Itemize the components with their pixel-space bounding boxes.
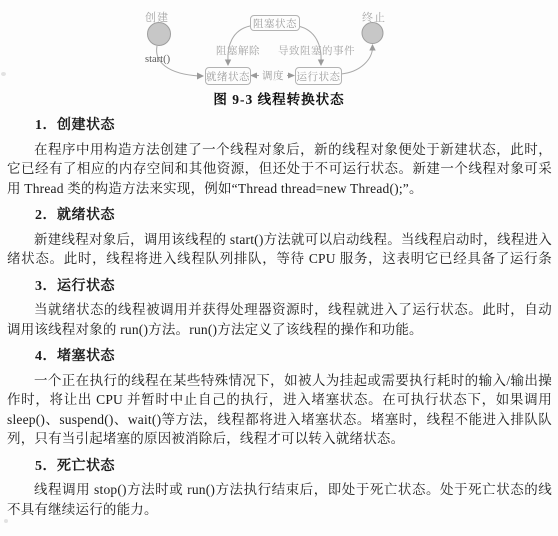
text-line: 作时，将让出 CPU 并暂时中止自己的执行，进入堵塞状态。在可执行状态下，如果调… [7,390,552,410]
section-heading: 1．创建状态 [7,116,552,136]
section-heading: 2．就绪状态 [7,206,552,226]
paragraph: 新建线程对象后，调用该线程的 start()方法就可以启动线程。当线程启动时，线… [7,230,552,269]
section-create-state: 1．创建状态 在程序中用构造方法创建了一个线程对象后，新的线程对象便处于新建状态… [7,116,552,198]
section-ready-state: 2．就绪状态 新建线程对象后，调用该线程的 start()方法就可以启动线程。当… [7,206,552,269]
page-body: 1．创建状态 在程序中用构造方法创建了一个线程对象后，新的线程对象便处于新建状态… [0,104,558,519]
paragraph: 在程序中用构造方法创建了一个线程对象后，新的线程对象便处于新建状态，此时， 它已… [7,140,552,199]
start-edge-arrowhead [197,73,204,80]
paragraph: 当就绪状态的线程被调用并获得处理器资源时，线程就进入了运行状态。此时，自动 调用… [7,300,552,339]
blocked-state-box: 阻塞状态 [250,15,300,31]
text-line: 一个正在执行的线程在某些特殊情况下，如被人为挂起或需要执行耗时的输入/输出操 [7,371,552,391]
running-state-box: 运行状态 [295,67,342,85]
figure-thread-state-diagram: 创建 终止 start() 阻塞状态 就绪状态 运行状态 调度 阻塞解除 导致阻… [0,0,558,104]
ready-state-box: 就绪状态 [205,67,251,85]
text-line: 用 Thread 类的构造方法来实现，例如“Thread thread=new … [7,179,552,199]
textbook-page: { "diagram": { "caption": "图 9-3 线程转换状态"… [0,0,558,536]
text-line: 不具有继续运行的能力。 [7,500,552,520]
block-event-edge-arrowhead [318,60,324,67]
start-edge-label: start() [145,54,170,65]
section-running-state: 3．运行状态 当就绪状态的线程被调用并获得处理器资源时，线程就进入了运行状态。此… [7,277,552,340]
unblock-edge-arrowhead [225,60,231,67]
create-node-circle [148,23,171,46]
section-heading: 5．死亡状态 [7,457,552,477]
text-line: 列，只有当引起堵塞的原因被消除后，线程才可以转入就绪状态。 [7,429,552,449]
scan-artifact [1,72,6,76]
section-dead-state: 5．死亡状态 线程调用 stop()方法时或 run()方法执行结束后，即处于死… [7,457,552,520]
section-blocked-state: 4．堵塞状态 一个正在执行的线程在某些特殊情况下，如被人为挂起或需要执行耗时的输… [7,347,552,449]
block-event-edge-label: 导致阻塞的事件 [278,43,355,58]
schedule-edge-label: 调度 [259,68,287,83]
text-line: 在程序中用构造方法创建了一个线程对象后，新的线程对象便处于新建状态，此时， [7,140,552,160]
create-node-label: 创建 [145,9,169,25]
schedule-right-arrowhead [288,73,295,79]
text-line: 当就绪状态的线程被调用并获得处理器资源时，线程就进入了运行状态。此时，自动 [7,300,552,320]
section-heading: 3．运行状态 [7,277,552,297]
text-line: 线程调用 stop()方法时或 run()方法执行结束后，即处于死亡状态。处于死… [7,480,552,500]
scan-artifact [4,519,8,523]
figure-caption: 图 9-3 线程转换状态 [0,88,558,108]
text-line: 绪状态。此时，线程将进入线程队列排队，等待 CPU 服务，这表明它已经具备了运行… [7,249,552,269]
text-line: 新建线程对象后，调用该线程的 start()方法就可以启动线程。当线程启动时，线… [7,230,552,250]
terminate-node-circle [362,23,383,44]
text-line: 调用该线程对象的 run()方法。run()方法定义了该线程的操作和功能。 [7,320,552,340]
terminate-node-label: 终止 [362,9,386,25]
text-line: 它已经有了相应的内存空间和其他资源，但还处于不可运行状态。新建一个线程对象可采 [7,159,552,179]
schedule-left-arrowhead [250,73,257,79]
paragraph: 线程调用 stop()方法时或 run()方法执行结束后，即处于死亡状态。处于死… [7,480,552,519]
unblock-edge-label: 阻塞解除 [216,43,260,58]
paragraph: 一个正在执行的线程在某些特殊情况下，如被人为挂起或需要执行耗时的输入/输出操 作… [7,371,552,449]
section-heading: 4．堵塞状态 [7,347,552,367]
text-line: sleep()、suspend()、wait()等方法，线程都将进入堵塞状态。堵… [7,410,552,430]
terminate-edge-arrowhead [369,44,375,51]
